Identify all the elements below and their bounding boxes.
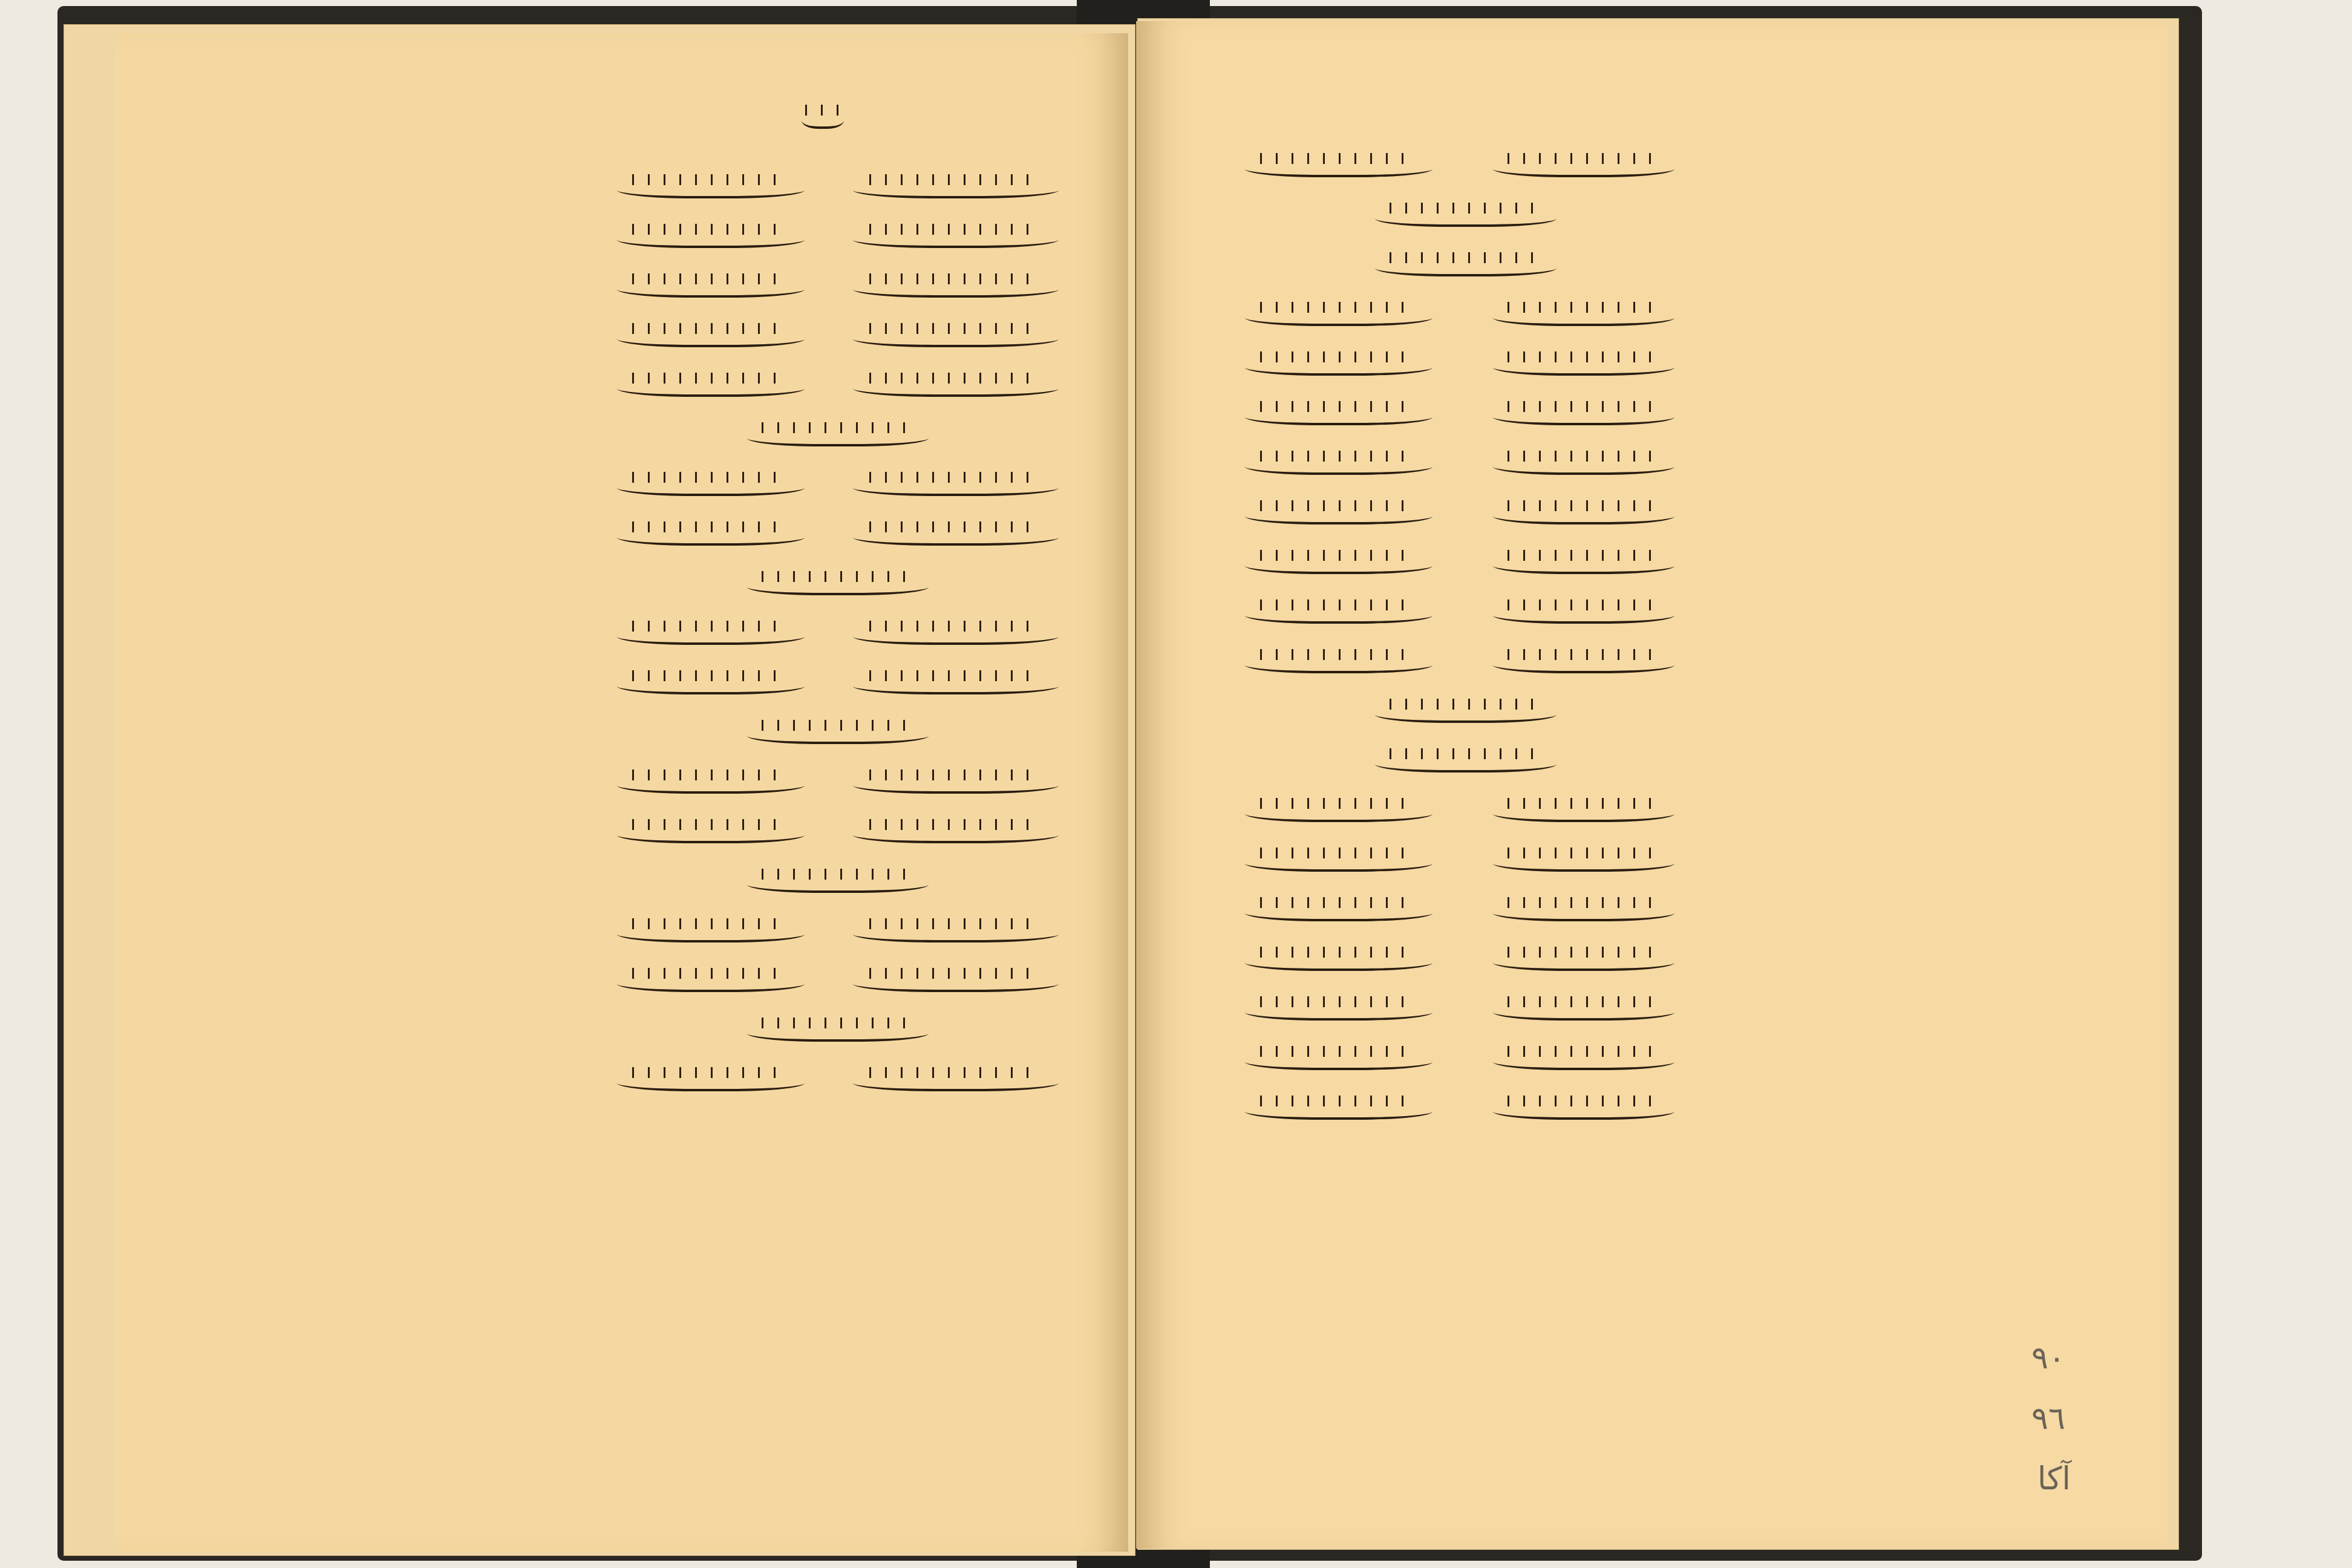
verse-line <box>599 213 805 263</box>
verse-line <box>835 263 1059 312</box>
verse-line <box>1475 589 1674 638</box>
handwritten-text <box>853 376 1059 397</box>
verse-line <box>1227 886 1432 936</box>
handwritten-text <box>1493 603 1674 624</box>
handwritten-text <box>1245 355 1432 376</box>
handwritten-text <box>1245 950 1432 971</box>
verse-line <box>835 659 1059 709</box>
handwritten-text <box>1493 1099 1674 1120</box>
verse-line <box>835 312 1059 362</box>
verse-line <box>1227 985 1432 1035</box>
handwritten-text <box>617 178 805 198</box>
verse-line <box>1475 539 1674 589</box>
verse-line <box>835 1056 1059 1106</box>
verse-line <box>835 610 1059 659</box>
handwritten-text <box>1245 305 1432 326</box>
verse-line <box>1227 638 1432 688</box>
handwritten-text <box>1493 653 1674 673</box>
verse-line <box>599 957 805 1007</box>
verse-line <box>1475 886 1674 936</box>
handwritten-text <box>853 277 1059 298</box>
verse-line <box>1475 489 1674 539</box>
verse-line <box>1475 638 1674 688</box>
handwritten-text <box>617 624 805 645</box>
pencil-note: ٩٠ <box>2031 1340 2065 1376</box>
verse-line <box>835 163 1059 213</box>
handwritten-text <box>617 227 805 248</box>
handwritten-text <box>853 178 1059 198</box>
handwritten-text <box>617 1071 805 1091</box>
verse-line <box>1227 1085 1432 1134</box>
verse-line <box>835 957 1059 1007</box>
verse-line <box>1475 341 1674 390</box>
handwritten-text <box>617 773 805 794</box>
verse-line <box>835 808 1059 858</box>
verse-line <box>1475 390 1674 440</box>
verse-line <box>599 511 805 560</box>
verse-line <box>599 610 805 659</box>
verse-line <box>835 907 1059 957</box>
pencil-note: آکا <box>2037 1461 2071 1497</box>
handwritten-text <box>1245 851 1432 872</box>
handwritten-text <box>1245 1050 1432 1070</box>
verse-line <box>1227 837 1432 886</box>
handwritten-text <box>1245 157 1432 177</box>
verse-line <box>1475 1035 1674 1085</box>
verse-line <box>599 312 805 362</box>
handwritten-text <box>617 674 805 694</box>
handwritten-text <box>853 773 1059 794</box>
verse-line <box>1475 985 1674 1035</box>
handwritten-text <box>1493 950 1674 971</box>
verse-line <box>599 808 805 858</box>
verse-line <box>1475 936 1674 985</box>
right-page: ٩٠ ٩٦ آکا <box>1136 21 2167 1549</box>
verse-line <box>1227 1035 1432 1085</box>
verse-line <box>835 511 1059 560</box>
handwritten-text <box>1245 901 1432 921</box>
handwritten-text <box>1245 603 1432 624</box>
handwritten-text <box>617 277 805 298</box>
verse-line <box>1227 341 1432 390</box>
right-page-verse-column-left <box>1227 142 1432 1134</box>
handwritten-text <box>1245 454 1432 475</box>
verse-line <box>599 263 805 312</box>
verse-line <box>1227 589 1432 638</box>
right-page-verse-column-right <box>1475 142 1674 1134</box>
handwritten-text <box>617 823 805 843</box>
verse-line <box>835 213 1059 263</box>
verse-line <box>1475 440 1674 489</box>
handwritten-text <box>853 327 1059 347</box>
handwritten-text <box>1493 454 1674 475</box>
verse-line <box>1227 489 1432 539</box>
handwritten-text <box>1493 405 1674 425</box>
verse-line <box>1227 291 1432 341</box>
verse-line <box>1475 787 1674 837</box>
verse-line <box>835 461 1059 511</box>
handwritten-text <box>1493 1000 1674 1021</box>
handwritten-text <box>1493 901 1674 921</box>
handwritten-text <box>853 525 1059 546</box>
verse-line <box>1475 291 1674 341</box>
handwritten-text <box>1493 504 1674 524</box>
handwritten-text <box>1493 157 1674 177</box>
verse-line <box>599 759 805 808</box>
verse-line <box>1475 837 1674 886</box>
handwritten-text <box>853 624 1059 645</box>
verse-line <box>599 163 805 213</box>
handwritten-text <box>853 922 1059 942</box>
handwritten-text <box>617 525 805 546</box>
verse-line <box>599 907 805 957</box>
verse-line <box>1227 787 1432 837</box>
handwritten-text <box>1493 554 1674 574</box>
handwritten-text <box>853 674 1059 694</box>
handwritten-text <box>853 823 1059 843</box>
verse-line <box>599 659 805 709</box>
handwritten-text <box>1245 504 1432 524</box>
handwritten-text <box>1493 851 1674 872</box>
verse-line <box>1227 440 1432 489</box>
left-page-verse-column-left <box>599 163 805 1106</box>
handwritten-text <box>617 922 805 942</box>
handwritten-text <box>1245 1099 1432 1120</box>
handwritten-text <box>853 475 1059 496</box>
verse-line <box>1475 142 1674 192</box>
left-page-verse-column-right <box>835 163 1059 1106</box>
handwritten-text <box>853 1071 1059 1091</box>
handwritten-text <box>1245 653 1432 673</box>
verse-line <box>1227 936 1432 985</box>
handwritten-text <box>617 475 805 496</box>
verse-line <box>1227 539 1432 589</box>
handwritten-text <box>1245 554 1432 574</box>
handwritten-text <box>617 327 805 347</box>
handwritten-text <box>853 227 1059 248</box>
verse-line <box>599 1056 805 1106</box>
handwritten-text <box>1493 305 1674 326</box>
verse-line <box>1227 142 1432 192</box>
left-page <box>115 33 1128 1552</box>
handwritten-text <box>1245 802 1432 822</box>
handwritten-text <box>853 972 1059 992</box>
handwritten-text <box>1493 1050 1674 1070</box>
verse-line <box>599 362 805 411</box>
pencil-note: ٩٦ <box>2031 1400 2065 1437</box>
verse-line <box>1475 1085 1674 1134</box>
handwritten-text <box>1245 1000 1432 1021</box>
verse-line <box>1227 390 1432 440</box>
handwritten-text <box>1493 802 1674 822</box>
verse-line <box>835 362 1059 411</box>
verse-line <box>599 461 805 511</box>
handwritten-text <box>1245 405 1432 425</box>
page-header <box>786 94 859 143</box>
handwritten-text <box>617 376 805 397</box>
verse-line <box>835 759 1059 808</box>
handwritten-text <box>1493 355 1674 376</box>
handwritten-text <box>617 972 805 992</box>
